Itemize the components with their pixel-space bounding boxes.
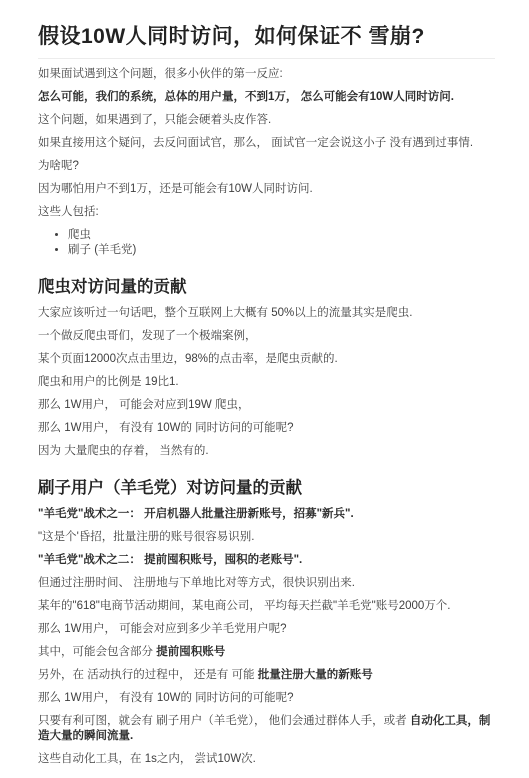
paragraph: 这些人包括:	[38, 205, 495, 220]
text-segment: 为啥呢?	[38, 160, 79, 172]
paragraph: 那么 1W用户， 可能会对应到19W 爬虫，	[38, 398, 495, 413]
bullet-list: 爬虫刷子 (羊毛党)	[38, 228, 495, 258]
text-segment: 因为哪怕用户不到1万，还是可能会有10W人同时访问.	[38, 183, 313, 195]
text-segment: 因为 大量爬虫的存着， 当然有的.	[38, 445, 209, 457]
text-segment: 一个做反爬虫哥们，发现了一个极端案例，	[38, 330, 257, 342]
paragraph: 一个做反爬虫哥们，发现了一个极端案例，	[38, 329, 495, 344]
text-segment: 某年的"618"电商节活动期间，某电商公司， 平均每天拦截"羊毛党"账号2000…	[38, 600, 451, 612]
paragraph: 那么 1W用户， 有没有 10W的 同时访问的可能呢?	[38, 691, 495, 706]
text-segment: 其中，可能会包含部分	[38, 646, 156, 658]
text-segment: 另外，在 活动执行的过程中， 还是有 可能	[38, 669, 258, 681]
paragraph: 这个问题，如果遇到了，只能会硬着头皮作答.	[38, 113, 495, 128]
bold-text: "羊毛党"战术之二： 提前囤积账号，囤积的老账号".	[38, 554, 302, 566]
text-segment: 那么 1W用户， 有没有 10W的 同时访问的可能呢?	[38, 422, 294, 434]
text-segment: 爬虫和用户的比例是 19比1.	[38, 376, 179, 388]
paragraph: "这是个'昏招，批量注册的账号很容易识别.	[38, 530, 495, 545]
text-segment: 这些自动化工具，在 1s之内， 尝试10W次.	[38, 753, 256, 765]
text-segment: 某个页面12000次点击里边，98%的点击率，是爬虫贡献的.	[38, 353, 338, 365]
text-segment: 如果直接用这个疑问，去反问面试官，那么， 面试官一定会说这小子 没有遇到过事情.	[38, 137, 473, 149]
paragraph: 怎么可能，我们的系统，总体的用户量，不到1万， 怎么可能会有10W人同时访问.	[38, 90, 495, 105]
text-segment: 那么 1W用户， 有没有 10W的 同时访问的可能呢?	[38, 692, 294, 704]
paragraph: 这些自动化工具，在 1s之内， 尝试10W次.	[38, 752, 495, 767]
text-segment: 那么 1W用户， 可能会对应到多少羊毛党用户呢?	[38, 623, 287, 635]
paragraph: 其中，可能会包含部分 提前囤积账号	[38, 645, 495, 660]
text-segment: 但通过注册时间、 注册地与下单地比对等方式，很快识别出来.	[38, 577, 355, 589]
text-segment: 只要有利可图，就会有 刷子用户（羊毛党）， 他们会通过群体人手，或者	[38, 715, 410, 727]
bold-text: 怎么可能，我们的系统，总体的用户量，不到1万， 怎么可能会有10W人同时访问.	[38, 91, 454, 103]
article: 假设10W人同时访问，如何保证不 雪崩? 如果面试遇到这个问题，很多小伙伴的第一…	[0, 0, 529, 778]
article-body: 如果面试遇到这个问题，很多小伙伴的第一反应:怎么可能，我们的系统，总体的用户量，…	[38, 67, 495, 767]
text-segment: 那么 1W用户， 可能会对应到19W 爬虫，	[38, 399, 249, 411]
paragraph: 因为 大量爬虫的存着， 当然有的.	[38, 444, 495, 459]
bold-text: "羊毛党"战术之一： 开启机器人批量注册新账号，招募"新兵".	[38, 508, 354, 520]
text-segment: 这些人包括:	[38, 206, 99, 218]
paragraph: 某年的"618"电商节活动期间，某电商公司， 平均每天拦截"羊毛党"账号2000…	[38, 599, 495, 614]
list-item: 刷子 (羊毛党)	[68, 243, 495, 258]
paragraph: "羊毛党"战术之二： 提前囤积账号，囤积的老账号".	[38, 553, 495, 568]
paragraph: 如果面试遇到这个问题，很多小伙伴的第一反应:	[38, 67, 495, 82]
paragraph: "羊毛党"战术之一： 开启机器人批量注册新账号，招募"新兵".	[38, 507, 495, 522]
text-segment: 大家应该听过一句话吧，整个互联网上大概有 50%以上的流量其实是爬虫.	[38, 307, 412, 319]
paragraph: 为啥呢?	[38, 159, 495, 174]
bold-text: 批量注册大量的新账号	[258, 669, 373, 681]
bold-text: 提前囤积账号	[156, 646, 225, 658]
paragraph: 某个页面12000次点击里边，98%的点击率，是爬虫贡献的.	[38, 352, 495, 367]
text-segment: 这个问题，如果遇到了，只能会硬着头皮作答.	[38, 114, 271, 126]
paragraph: 那么 1W用户， 可能会对应到多少羊毛党用户呢?	[38, 622, 495, 637]
text-segment: 如果面试遇到这个问题，很多小伙伴的第一反应:	[38, 68, 283, 80]
list-item: 爬虫	[68, 228, 495, 243]
paragraph: 爬虫和用户的比例是 19比1.	[38, 375, 495, 390]
paragraph: 但通过注册时间、 注册地与下单地比对等方式，很快识别出来.	[38, 576, 495, 591]
paragraph: 另外，在 活动执行的过程中， 还是有 可能 批量注册大量的新账号	[38, 668, 495, 683]
paragraph: 只要有利可图，就会有 刷子用户（羊毛党）， 他们会通过群体人手，或者 自动化工具…	[38, 714, 495, 744]
section-heading: 刷子用户（羊毛党）对访问量的贡献	[38, 477, 495, 499]
text-segment: "这是个'昏招，批量注册的账号很容易识别.	[38, 531, 254, 543]
paragraph: 那么 1W用户， 有没有 10W的 同时访问的可能呢?	[38, 421, 495, 436]
paragraph: 因为哪怕用户不到1万，还是可能会有10W人同时访问.	[38, 182, 495, 197]
page-title: 假设10W人同时访问，如何保证不 雪崩?	[38, 24, 495, 59]
section-heading: 爬虫对访问量的贡献	[38, 276, 495, 298]
paragraph: 大家应该听过一句话吧，整个互联网上大概有 50%以上的流量其实是爬虫.	[38, 306, 495, 321]
paragraph: 如果直接用这个疑问，去反问面试官，那么， 面试官一定会说这小子 没有遇到过事情.	[38, 136, 495, 151]
